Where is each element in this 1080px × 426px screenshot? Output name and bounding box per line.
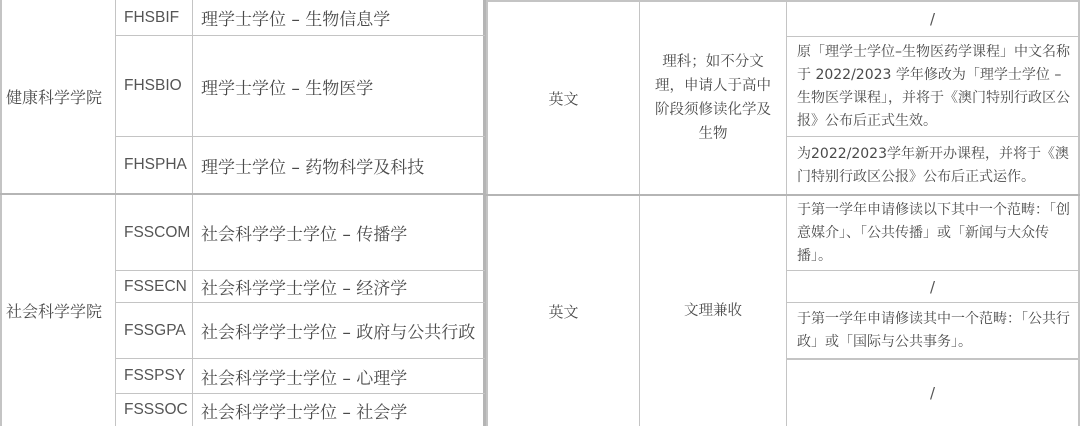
note-cell: 于第一学年申请修读其中一个范畴：「公共行政」或「国际与公共事务」。 (787, 303, 1078, 358)
programme-code: FSSECN (116, 271, 192, 302)
faculty-health-sciences: 健康科学学院 (0, 0, 115, 193)
programme-code: FSSCOM (116, 195, 192, 270)
teaching-language: 英文 (488, 2, 639, 194)
programme-code: FSSGPA (116, 303, 192, 358)
programme-code: FHSBIO (116, 36, 192, 136)
subject-requirement: 文理兼收 (640, 196, 786, 426)
programme-name: 社会科学学士学位 – 经济学 (193, 271, 483, 302)
programme-name: 理学士学位 – 生物信息学 (193, 0, 483, 35)
subject-requirement: 理科；如不分文理，申请人于高中阶段须修读化学及生物 (640, 2, 786, 194)
programme-name: 理学士学位 – 生物医学 (193, 36, 483, 136)
note-cell: / (787, 2, 1078, 36)
note-cell: 原「理学士学位–生物医药学课程」中文名称于 2022/2023 学年修改为「理学… (787, 37, 1078, 136)
programme-name: 理学士学位 – 药物科学及科技 (193, 137, 483, 193)
note-cell: 于第一学年申请修读以下其中一个范畴：「创意媒介」、「公共传播」或「新闻与大众传播… (787, 196, 1078, 270)
programme-name: 社会科学学士学位 – 心理学 (193, 359, 483, 393)
programme-code: FSSPSY (116, 359, 192, 393)
programme-name: 社会科学学士学位 – 政府与公共行政 (193, 303, 483, 358)
programme-name: 社会科学学士学位 – 传播学 (193, 195, 483, 270)
left-table: 健康科学学院 FHSBIF 理学士学位 – 生物信息学 FHSBIO 理学士学位… (0, 0, 486, 426)
note-cell: 为2022/2023学年新开办课程，并将于《澳门特别行政区公报》公布后正式运作。 (787, 137, 1078, 194)
programme-name: 社会科学学士学位 – 社会学 (193, 394, 483, 426)
note-cell: / (787, 360, 1078, 426)
programme-code: FHSBIF (116, 0, 192, 35)
right-table: 英文 理科；如不分文理，申请人于高中阶段须修读化学及生物 / 原「理学士学位–生… (486, 0, 1080, 426)
programme-code: FSSSOC (116, 394, 192, 426)
note-cell: / (787, 271, 1078, 302)
teaching-language: 英文 (488, 196, 639, 426)
faculty-social-sciences: 社会科学学院 (0, 195, 115, 426)
programme-code: FHSPHA (116, 137, 192, 193)
